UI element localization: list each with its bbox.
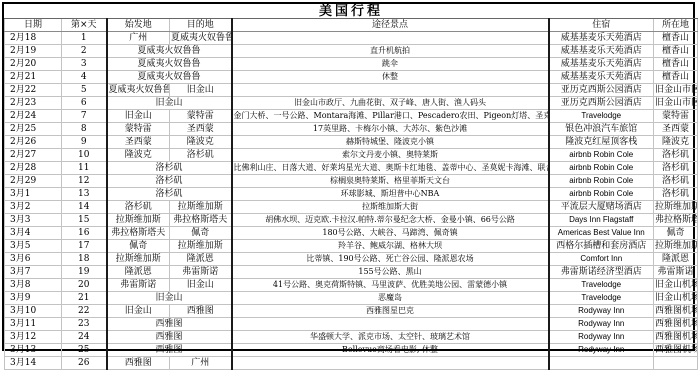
cell-stay[interactable]: 威基基麦乐天苑酒店 — [549, 71, 654, 84]
cell-location[interactable]: 弗拉格斯塔夫 — [654, 214, 698, 227]
table-row: 3月921旧金山恶魔岛Travelodge旧金山机场 — [5, 292, 698, 305]
cell-origin-destination[interactable]: 旧金山 — [107, 97, 232, 110]
cell-date[interactable]: 2月23 — [5, 97, 62, 110]
cell-day[interactable]: 7 — [62, 110, 107, 123]
cell-date[interactable]: 2月25 — [5, 123, 62, 136]
cell-attractions[interactable] — [232, 318, 549, 331]
cell-destination[interactable]: 蒙特雷 — [170, 110, 232, 123]
cell-day[interactable]: 25 — [62, 344, 107, 357]
cell-location[interactable]: 洛杉矶 — [654, 149, 698, 162]
cell-origin[interactable]: 隆波克 — [107, 149, 170, 162]
page-title[interactable]: 美国行程 — [5, 4, 698, 19]
table-row: 2月247旧金山蒙特雷金门大桥、一号公路、Montara海滩、Pillar港口、… — [5, 110, 698, 123]
cell-date[interactable]: 2月19 — [5, 45, 62, 58]
cell-attractions[interactable]: 休整 — [232, 71, 549, 84]
itinerary-sheet: 美国行程 日期 第×天 始发地 目的地 途径景点 住宿 所在地 2月181广州夏… — [2, 2, 695, 351]
cell-location[interactable]: 旧金山市区 — [654, 84, 698, 97]
cell-day[interactable]: 15 — [62, 214, 107, 227]
cell-attractions[interactable]: 环球影城、斯坦普中心NBA — [232, 188, 549, 201]
cell-attractions[interactable]: 41号公路、奥克荷斯特镇、马里波萨、优胜美地公园、雷蒙德小镇 — [232, 279, 549, 292]
cell-origin[interactable]: 夏威夷火奴鲁鲁 — [107, 84, 170, 97]
table-row: 2月2710隆波克洛杉矶索尔文丹麦小镇、奥特莱斯airbnb Robin Col… — [5, 149, 698, 162]
table-row: 3月1123西雅图Rodyway Inn西雅图机场 — [5, 318, 698, 331]
cell-destination[interactable]: 广州 — [170, 357, 232, 370]
itinerary-table: 美国行程 日期 第×天 始发地 目的地 途径景点 住宿 所在地 2月181广州夏… — [4, 4, 698, 370]
cell-origin[interactable]: 旧金山 — [107, 305, 170, 318]
col-header-origin[interactable]: 始发地 — [107, 19, 170, 32]
cell-location[interactable]: 洛杉矶 — [654, 162, 698, 175]
cell-stay[interactable]: Rodyway Inn — [549, 344, 654, 357]
cell-attractions[interactable]: 西雅图星巴克 — [232, 305, 549, 318]
cell-attractions[interactable]: 棕榈泉奥特莱斯、格里菲斯天文台 — [232, 175, 549, 188]
cell-date[interactable]: 2月24 — [5, 110, 62, 123]
table-body: 2月181广州夏威夷火奴鲁鲁威基基麦乐天苑酒店檀香山2月192夏威夷火奴鲁鲁直升… — [5, 32, 698, 370]
cell-date[interactable]: 3月8 — [5, 279, 62, 292]
cell-stay[interactable]: 弗雷斯诺经济型酒店 — [549, 266, 654, 279]
cell-location[interactable]: 西雅图机场 — [654, 305, 698, 318]
cell-location[interactable]: 拉斯维加斯 — [654, 240, 698, 253]
cell-day[interactable]: 3 — [62, 58, 107, 71]
cell-destination[interactable]: 隆派恩 — [170, 253, 232, 266]
cell-origin-destination[interactable]: 洛杉矶 — [107, 175, 232, 188]
table-row: 2月269圣西蒙隆波克赫斯特城堡、隆波克小镇隆波克红屋顶客栈隆波克 — [5, 136, 698, 149]
cell-day[interactable]: 21 — [62, 292, 107, 305]
cell-stay[interactable]: Rodyway Inn — [549, 305, 654, 318]
cell-date[interactable]: 3月12 — [5, 331, 62, 344]
cell-attractions[interactable]: 旧金山市政厅、九曲花街、双子峰、唐人街、渔人码头 — [232, 97, 549, 110]
cell-origin[interactable]: 蒙特雷 — [107, 123, 170, 136]
cell-location[interactable]: 隆波克 — [654, 136, 698, 149]
cell-origin[interactable]: 拉斯维加斯 — [107, 253, 170, 266]
cell-attractions[interactable]: 拉斯维加斯大街 — [232, 201, 549, 214]
cell-attractions[interactable]: 155号公路、黑山 — [232, 266, 549, 279]
cell-location[interactable]: 西雅图机场 — [654, 331, 698, 344]
cell-origin[interactable]: 隆派恩 — [107, 266, 170, 279]
cell-destination[interactable]: 拉斯维加斯 — [170, 201, 232, 214]
cell-origin[interactable]: 佩奇 — [107, 240, 170, 253]
cell-stay[interactable]: Americas Best Value Inn — [549, 227, 654, 240]
title-row: 美国行程 — [5, 4, 698, 19]
cell-attractions[interactable]: 180号公路、大峡谷、马蹄湾、佩奇镇 — [232, 227, 549, 240]
cell-day[interactable]: 12 — [62, 175, 107, 188]
cell-date[interactable]: 2月21 — [5, 71, 62, 84]
cell-date[interactable]: 3月1 — [5, 188, 62, 201]
cell-location[interactable]: 旧金山机场 — [654, 279, 698, 292]
cell-day[interactable]: 26 — [62, 357, 107, 370]
cell-stay[interactable]: 银色冲浪汽车旅馆 — [549, 123, 654, 136]
cell-location[interactable]: 洛杉矶 — [654, 175, 698, 188]
cell-date[interactable]: 2月26 — [5, 136, 62, 149]
cell-attractions[interactable] — [232, 32, 549, 45]
cell-location[interactable]: 旧金山市区 — [654, 97, 698, 110]
cell-attractions[interactable]: 跳伞 — [232, 58, 549, 71]
cell-stay[interactable]: 威基基麦乐天苑酒店 — [549, 58, 654, 71]
cell-origin-destination[interactable]: 西雅图 — [107, 331, 232, 344]
cell-date[interactable]: 3月10 — [5, 305, 62, 318]
cell-attractions[interactable]: 比佛利山庄、日落大道、好莱坞星光大道、奥斯卡红地毯、盖蒂中心、圣莫妮卡海滩、联合… — [232, 162, 549, 175]
cell-stay[interactable]: 亚历克西斯公园酒店 — [549, 97, 654, 110]
cell-day[interactable]: 16 — [62, 227, 107, 240]
cell-date[interactable]: 3月4 — [5, 227, 62, 240]
table-row: 3月618拉斯维加斯隆派恩比蒂镇、190号公路、死亡谷公园、隆派恩农场Comfo… — [5, 253, 698, 266]
cell-day[interactable]: 10 — [62, 149, 107, 162]
cell-date[interactable]: 2月29 — [5, 175, 62, 188]
cell-date[interactable]: 2月18 — [5, 32, 62, 45]
cell-date[interactable]: 2月28 — [5, 162, 62, 175]
cell-destination[interactable]: 弗拉格斯塔夫 — [170, 214, 232, 227]
cell-destination[interactable]: 佩奇 — [170, 227, 232, 240]
table-row: 3月820弗雷斯诺旧金山41号公路、奥克荷斯特镇、马里波萨、优胜美地公园、雷蒙德… — [5, 279, 698, 292]
cell-origin-destination[interactable]: 旧金山 — [107, 292, 232, 305]
cell-day[interactable]: 24 — [62, 331, 107, 344]
cell-location[interactable] — [654, 357, 698, 370]
cell-stay[interactable]: Comfort Inn — [549, 253, 654, 266]
cell-destination[interactable]: 旧金山 — [170, 279, 232, 292]
cell-day[interactable]: 8 — [62, 123, 107, 136]
cell-stay[interactable]: Days Inn Flagstaff — [549, 214, 654, 227]
table-row: 3月1325西雅图Bellevue商场看电影, 休整Rodyway Inn西雅图… — [5, 344, 698, 357]
cell-stay[interactable]: 平流层大厦赌场酒店 — [549, 201, 654, 214]
cell-date[interactable]: 3月6 — [5, 253, 62, 266]
table-row: 3月1224西雅图华盛顿大学、派克市场、太空针、玻璃艺术馆Rodyway Inn… — [5, 331, 698, 344]
cell-date[interactable]: 3月13 — [5, 344, 62, 357]
cell-date[interactable]: 2月27 — [5, 149, 62, 162]
cell-origin[interactable]: 西雅图 — [107, 357, 170, 370]
cell-attractions[interactable]: 直升机航拍 — [232, 45, 549, 58]
cell-stay[interactable]: 威基基麦乐天苑酒店 — [549, 32, 654, 45]
cell-date[interactable]: 3月2 — [5, 201, 62, 214]
cell-origin-destination[interactable]: 洛杉矶 — [107, 188, 232, 201]
cell-attractions[interactable] — [232, 84, 549, 97]
table-row: 2月236旧金山旧金山市政厅、九曲花街、双子峰、唐人街、渔人码头亚历克西斯公园酒… — [5, 97, 698, 110]
cell-origin-destination[interactable]: 夏威夷火奴鲁鲁 — [107, 58, 232, 71]
cell-attractions[interactable]: 索尔文丹麦小镇、奥特莱斯 — [232, 149, 549, 162]
cell-location[interactable]: 弗雷斯诺 — [654, 266, 698, 279]
cell-day[interactable]: 5 — [62, 84, 107, 97]
cell-day[interactable]: 13 — [62, 188, 107, 201]
cell-date[interactable]: 3月5 — [5, 240, 62, 253]
cell-origin-destination[interactable]: 夏威夷火奴鲁鲁 — [107, 45, 232, 58]
cell-destination[interactable]: 圣西蒙 — [170, 123, 232, 136]
table-row: 3月1426西雅图广州 — [5, 357, 698, 370]
cell-origin-destination[interactable]: 洛杉矶 — [107, 162, 232, 175]
cell-destination[interactable]: 隆波克 — [170, 136, 232, 149]
cell-day[interactable]: 1 — [62, 32, 107, 45]
cell-attractions[interactable]: 金门大桥、一号公路、Montara海滩、Pillar港口、Pescadero农田… — [232, 110, 549, 123]
cell-day[interactable]: 22 — [62, 305, 107, 318]
cell-stay[interactable]: airbnb Robin Cole — [549, 175, 654, 188]
table-row: 3月113洛杉矶环球影城、斯坦普中心NBAairbnb Robin Cole洛杉… — [5, 188, 698, 201]
col-header-date[interactable]: 日期 — [5, 19, 62, 32]
table-row: 2月2912洛杉矶棕榈泉奥特莱斯、格里菲斯天文台airbnb Robin Col… — [5, 175, 698, 188]
cell-origin[interactable]: 洛杉矶 — [107, 201, 170, 214]
cell-destination[interactable]: 拉斯维加斯 — [170, 240, 232, 253]
cell-date[interactable]: 3月11 — [5, 318, 62, 331]
cell-location[interactable]: 檀香山 — [654, 58, 698, 71]
cell-origin[interactable]: 弗拉格斯塔夫 — [107, 227, 170, 240]
table-row: 2月225夏威夷火奴鲁鲁旧金山亚历克西斯公园酒店旧金山市区 — [5, 84, 698, 97]
cell-day[interactable]: 17 — [62, 240, 107, 253]
table-row: 2月214夏威夷火奴鲁鲁休整威基基麦乐天苑酒店檀香山 — [5, 71, 698, 84]
col-header-destination[interactable]: 目的地 — [170, 19, 232, 32]
cell-stay[interactable]: 威基基麦乐天苑酒店 — [549, 45, 654, 58]
cell-day[interactable]: 6 — [62, 97, 107, 110]
cell-attractions[interactable] — [232, 357, 549, 370]
table-row: 3月1022旧金山西雅图西雅图星巴克Rodyway Inn西雅图机场 — [5, 305, 698, 318]
cell-date[interactable]: 3月9 — [5, 292, 62, 305]
table-row: 2月203夏威夷火奴鲁鲁跳伞威基基麦乐天苑酒店檀香山 — [5, 58, 698, 71]
cell-location[interactable]: 檀香山 — [654, 71, 698, 84]
cell-attractions[interactable]: 17英里路、卡梅尔小镇、大苏尔、紫色沙滩 — [232, 123, 549, 136]
cell-stay[interactable]: Travelodge — [549, 110, 654, 123]
cell-destination[interactable]: 西雅图 — [170, 305, 232, 318]
col-header-location[interactable]: 所在地 — [654, 19, 698, 32]
col-header-day[interactable]: 第×天 — [62, 19, 107, 32]
cell-location[interactable]: 西雅图机场 — [654, 318, 698, 331]
cell-day[interactable]: 14 — [62, 201, 107, 214]
cell-origin[interactable]: 旧金山 — [107, 110, 170, 123]
cell-date[interactable]: 2月20 — [5, 58, 62, 71]
cell-stay[interactable]: Rodyway Inn — [549, 331, 654, 344]
cell-origin-destination[interactable]: 夏威夷火奴鲁鲁 — [107, 71, 232, 84]
table-row: 3月517佩奇拉斯维加斯羚羊谷、鲍威尔湖、格林大坝西格尔插槽和套房酒店拉斯维加斯 — [5, 240, 698, 253]
cell-day[interactable]: 2 — [62, 45, 107, 58]
cell-day[interactable]: 9 — [62, 136, 107, 149]
cell-location[interactable]: 拉斯维加斯 — [654, 201, 698, 214]
cell-date[interactable]: 3月3 — [5, 214, 62, 227]
cell-location[interactable]: 西雅图机场 — [654, 344, 698, 357]
cell-attractions[interactable]: 胡佛水坝、迈克欧.卡拉汉.帕特.蒂尔曼纪念大桥、金曼小镇、66号公路 — [232, 214, 549, 227]
cell-stay[interactable]: Rodyway Inn — [549, 318, 654, 331]
cell-location[interactable]: 圣西蒙 — [654, 123, 698, 136]
table-row: 3月416弗拉格斯塔夫佩奇180号公路、大峡谷、马蹄湾、佩奇镇Americas … — [5, 227, 698, 240]
cell-location[interactable]: 蒙特雷 — [654, 110, 698, 123]
cell-attractions[interactable]: 恶魔岛 — [232, 292, 549, 305]
cell-day[interactable]: 23 — [62, 318, 107, 331]
cell-origin-destination[interactable]: 西雅图 — [107, 318, 232, 331]
cell-date[interactable]: 2月22 — [5, 84, 62, 97]
cell-origin[interactable]: 广州 — [107, 32, 170, 45]
cell-day[interactable]: 20 — [62, 279, 107, 292]
col-header-attractions[interactable]: 途径景点 — [232, 19, 549, 32]
cell-attractions[interactable]: 赫斯特城堡、隆波克小镇 — [232, 136, 549, 149]
cell-location[interactable]: 旧金山机场 — [654, 292, 698, 305]
cell-location[interactable]: 檀香山 — [654, 45, 698, 58]
cell-stay[interactable]: airbnb Robin Cole — [549, 162, 654, 175]
header-row: 日期 第×天 始发地 目的地 途径景点 住宿 所在地 — [5, 19, 698, 32]
cell-attractions[interactable]: Bellevue商场看电影, 休整 — [232, 344, 549, 357]
cell-day[interactable]: 18 — [62, 253, 107, 266]
cell-attractions[interactable]: 华盛顿大学、派克市场、太空针、玻璃艺术馆 — [232, 331, 549, 344]
table-row: 2月192夏威夷火奴鲁鲁直升机航拍威基基麦乐天苑酒店檀香山 — [5, 45, 698, 58]
cell-origin[interactable]: 圣西蒙 — [107, 136, 170, 149]
cell-location[interactable]: 隆派恩 — [654, 253, 698, 266]
cell-location[interactable]: 佩奇 — [654, 227, 698, 240]
cell-destination[interactable]: 旧金山 — [170, 84, 232, 97]
cell-attractions[interactable]: 比蒂镇、190号公路、死亡谷公园、隆派恩农场 — [232, 253, 549, 266]
table-row: 2月258蒙特雷圣西蒙17英里路、卡梅尔小镇、大苏尔、紫色沙滩银色冲浪汽车旅馆圣… — [5, 123, 698, 136]
cell-day[interactable]: 19 — [62, 266, 107, 279]
cell-attractions[interactable]: 羚羊谷、鲍威尔湖、格林大坝 — [232, 240, 549, 253]
table-row: 3月315拉斯维加斯弗拉格斯塔夫胡佛水坝、迈克欧.卡拉汉.帕特.蒂尔曼纪念大桥、… — [5, 214, 698, 227]
cell-stay[interactable] — [549, 357, 654, 370]
cell-date[interactable]: 3月7 — [5, 266, 62, 279]
cell-location[interactable]: 洛杉矶 — [654, 188, 698, 201]
cell-stay[interactable]: 隆波克红屋顶客栈 — [549, 136, 654, 149]
cell-stay[interactable]: 西格尔插槽和套房酒店 — [549, 240, 654, 253]
cell-origin[interactable]: 弗雷斯诺 — [107, 279, 170, 292]
cell-day[interactable]: 4 — [62, 71, 107, 84]
cell-stay[interactable]: airbnb Robin Cole — [549, 149, 654, 162]
cell-location[interactable]: 檀香山 — [654, 32, 698, 45]
table-row: 3月719隆派恩弗雷斯诺155号公路、黑山弗雷斯诺经济型酒店弗雷斯诺 — [5, 266, 698, 279]
table-row: 2月181广州夏威夷火奴鲁鲁威基基麦乐天苑酒店檀香山 — [5, 32, 698, 45]
cell-day[interactable]: 11 — [62, 162, 107, 175]
cell-stay[interactable]: airbnb Robin Cole — [549, 188, 654, 201]
cell-destination[interactable]: 夏威夷火奴鲁鲁 — [170, 32, 232, 45]
table-row: 3月214洛杉矶拉斯维加斯拉斯维加斯大街平流层大厦赌场酒店拉斯维加斯 — [5, 201, 698, 214]
cell-stay[interactable]: Travelodge — [549, 292, 654, 305]
spreadsheet-page: { "title": "美国行程", "colors": { "backgrou… — [0, 0, 700, 354]
cell-origin[interactable]: 拉斯维加斯 — [107, 214, 170, 227]
cell-date[interactable]: 3月14 — [5, 357, 62, 370]
table-row: 2月2811洛杉矶比佛利山庄、日落大道、好莱坞星光大道、奥斯卡红地毯、盖蒂中心、… — [5, 162, 698, 175]
cell-origin-destination[interactable]: 西雅图 — [107, 344, 232, 357]
cell-destination[interactable]: 弗雷斯诺 — [170, 266, 232, 279]
col-header-stay[interactable]: 住宿 — [549, 19, 654, 32]
cell-stay[interactable]: Travelodge — [549, 279, 654, 292]
cell-destination[interactable]: 洛杉矶 — [170, 149, 232, 162]
cell-stay[interactable]: 亚历克西斯公园酒店 — [549, 84, 654, 97]
